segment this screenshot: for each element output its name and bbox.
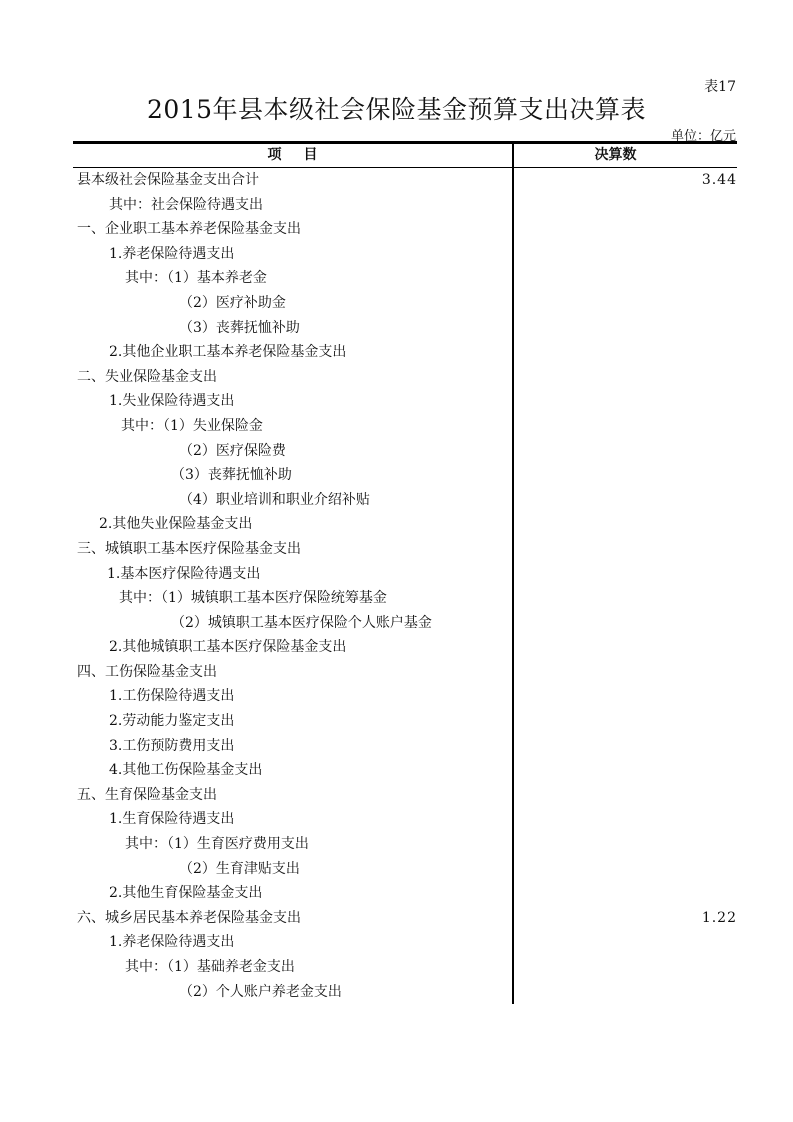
table-row: 五、生育保险基金支出	[73, 783, 737, 808]
table-row: 1.养老保险待遇支出	[73, 242, 737, 267]
row-value	[514, 684, 737, 709]
header-value: 决算数	[514, 144, 737, 167]
row-value	[514, 562, 737, 587]
row-item-label: （2）城镇职工基本医疗保险个人账户基金	[73, 611, 514, 636]
row-value	[514, 463, 737, 488]
table-row: 其中：（1）城镇职工基本医疗保险统筹基金	[73, 586, 737, 611]
row-value	[514, 881, 737, 906]
table-row: 2.其他城镇职工基本医疗保险基金支出	[73, 635, 737, 660]
row-item-label: 二、失业保险基金支出	[73, 365, 514, 390]
table-row: 4.其他工伤保险基金支出	[73, 758, 737, 783]
row-value	[514, 758, 737, 783]
table-row: 一、企业职工基本养老保险基金支出	[73, 217, 737, 242]
row-item-label: 1.基本医疗保险待遇支出	[73, 562, 514, 587]
row-value	[514, 955, 737, 980]
page-title: 2015年县本级社会保险基金预算支出决算表	[0, 90, 793, 126]
row-item-label: （3）丧葬抚恤补助	[73, 463, 514, 488]
table-row: 1.生育保险待遇支出	[73, 807, 737, 832]
row-item-label: 2.其他企业职工基本养老保险基金支出	[73, 340, 514, 365]
table-row: 其中：社会保险待遇支出	[73, 193, 737, 218]
table-row: 1.工伤保险待遇支出	[73, 684, 737, 709]
table-row: 二、失业保险基金支出	[73, 365, 737, 390]
row-value	[514, 488, 737, 513]
row-item-label: 2.其他生育保险基金支出	[73, 881, 514, 906]
table-row: 六、城乡居民基本养老保险基金支出1.22	[73, 906, 737, 931]
row-value	[514, 734, 737, 759]
table-row: 其中：（1）失业保险金	[73, 414, 737, 439]
row-item-label: 其中：（1）基本养老金	[73, 266, 514, 291]
budget-expenditure-table: 项目 决算数 县本级社会保险基金支出合计3.44其中：社会保险待遇支出一、企业职…	[73, 141, 737, 1004]
row-value	[514, 930, 737, 955]
row-item-label: 其中：（1）生育医疗费用支出	[73, 832, 514, 857]
row-value: 1.22	[514, 906, 737, 931]
row-item-label: 四、工伤保险基金支出	[73, 660, 514, 685]
row-item-label: 其中：（1）城镇职工基本医疗保险统筹基金	[73, 586, 514, 611]
row-item-label: 三、城镇职工基本医疗保险基金支出	[73, 537, 514, 562]
table-row: 2.其他失业保险基金支出	[73, 512, 737, 537]
row-value	[514, 611, 737, 636]
row-value	[514, 193, 737, 218]
row-value	[514, 980, 737, 1005]
row-item-label: 其中：社会保险待遇支出	[73, 193, 514, 218]
table-row: （2）医疗保险费	[73, 439, 737, 464]
table-row: （2）城镇职工基本医疗保险个人账户基金	[73, 611, 737, 636]
row-item-label: 一、企业职工基本养老保险基金支出	[73, 217, 514, 242]
row-item-label: （2）生育津贴支出	[73, 857, 514, 882]
row-value: 3.44	[514, 168, 737, 193]
row-value	[514, 242, 737, 267]
row-item-label: （3）丧葬抚恤补助	[73, 316, 514, 341]
row-item-label: 1.失业保险待遇支出	[73, 389, 514, 414]
table-row: 2.其他企业职工基本养老保险基金支出	[73, 340, 737, 365]
row-value	[514, 709, 737, 734]
row-value	[514, 217, 737, 242]
row-item-label: 2.其他城镇职工基本医疗保险基金支出	[73, 635, 514, 660]
row-value	[514, 586, 737, 611]
table-header: 项目 决算数	[73, 144, 737, 168]
table-row: （2）生育津贴支出	[73, 857, 737, 882]
row-item-label: 2.劳动能力鉴定支出	[73, 709, 514, 734]
row-item-label: 五、生育保险基金支出	[73, 783, 514, 808]
row-value	[514, 266, 737, 291]
table-row: 2.劳动能力鉴定支出	[73, 709, 737, 734]
table-row: 3.工伤预防费用支出	[73, 734, 737, 759]
table-row: 1.失业保险待遇支出	[73, 389, 737, 414]
table-row: （3）丧葬抚恤补助	[73, 463, 737, 488]
row-item-label: （4）职业培训和职业介绍补贴	[73, 488, 514, 513]
row-value	[514, 365, 737, 390]
row-value	[514, 291, 737, 316]
table-row: 县本级社会保险基金支出合计3.44	[73, 168, 737, 193]
row-item-label: 其中：（1）基础养老金支出	[73, 955, 514, 980]
row-value	[514, 389, 737, 414]
row-item-label: 1.工伤保险待遇支出	[73, 684, 514, 709]
row-value	[514, 660, 737, 685]
table-row: 2.其他生育保险基金支出	[73, 881, 737, 906]
row-item-label: （2）医疗补助金	[73, 291, 514, 316]
table-row: 其中：（1）生育医疗费用支出	[73, 832, 737, 857]
row-value	[514, 512, 737, 537]
row-item-label: （2）个人账户养老金支出	[73, 980, 514, 1005]
table-row: 其中：（1）基础养老金支出	[73, 955, 737, 980]
table-row: 三、城镇职工基本医疗保险基金支出	[73, 537, 737, 562]
table-row: 1.养老保险待遇支出	[73, 930, 737, 955]
row-value	[514, 832, 737, 857]
table-row: 1.基本医疗保险待遇支出	[73, 562, 737, 587]
row-item-label: 1.生育保险待遇支出	[73, 807, 514, 832]
row-item-label: 4.其他工伤保险基金支出	[73, 758, 514, 783]
table-row: （2）个人账户养老金支出	[73, 980, 737, 1005]
row-value	[514, 807, 737, 832]
row-value	[514, 414, 737, 439]
table-row: （4）职业培训和职业介绍补贴	[73, 488, 737, 513]
row-item-label: 1.养老保险待遇支出	[73, 930, 514, 955]
header-item: 项目	[73, 144, 514, 167]
row-item-label: 其中：（1）失业保险金	[73, 414, 514, 439]
row-value	[514, 537, 737, 562]
row-value	[514, 857, 737, 882]
row-item-label: 县本级社会保险基金支出合计	[73, 168, 514, 193]
row-item-label: 1.养老保险待遇支出	[73, 242, 514, 267]
row-value	[514, 340, 737, 365]
table-row: （2）医疗补助金	[73, 291, 737, 316]
row-item-label: （2）医疗保险费	[73, 439, 514, 464]
row-value	[514, 635, 737, 660]
row-item-label: 六、城乡居民基本养老保险基金支出	[73, 906, 514, 931]
table-row: （3）丧葬抚恤补助	[73, 316, 737, 341]
table-row: 其中：（1）基本养老金	[73, 266, 737, 291]
table-body: 县本级社会保险基金支出合计3.44其中：社会保险待遇支出一、企业职工基本养老保险…	[73, 168, 737, 1004]
row-item-label: 2.其他失业保险基金支出	[73, 512, 514, 537]
row-value	[514, 783, 737, 808]
row-value	[514, 316, 737, 341]
row-item-label: 3.工伤预防费用支出	[73, 734, 514, 759]
table-row: 四、工伤保险基金支出	[73, 660, 737, 685]
row-value	[514, 439, 737, 464]
